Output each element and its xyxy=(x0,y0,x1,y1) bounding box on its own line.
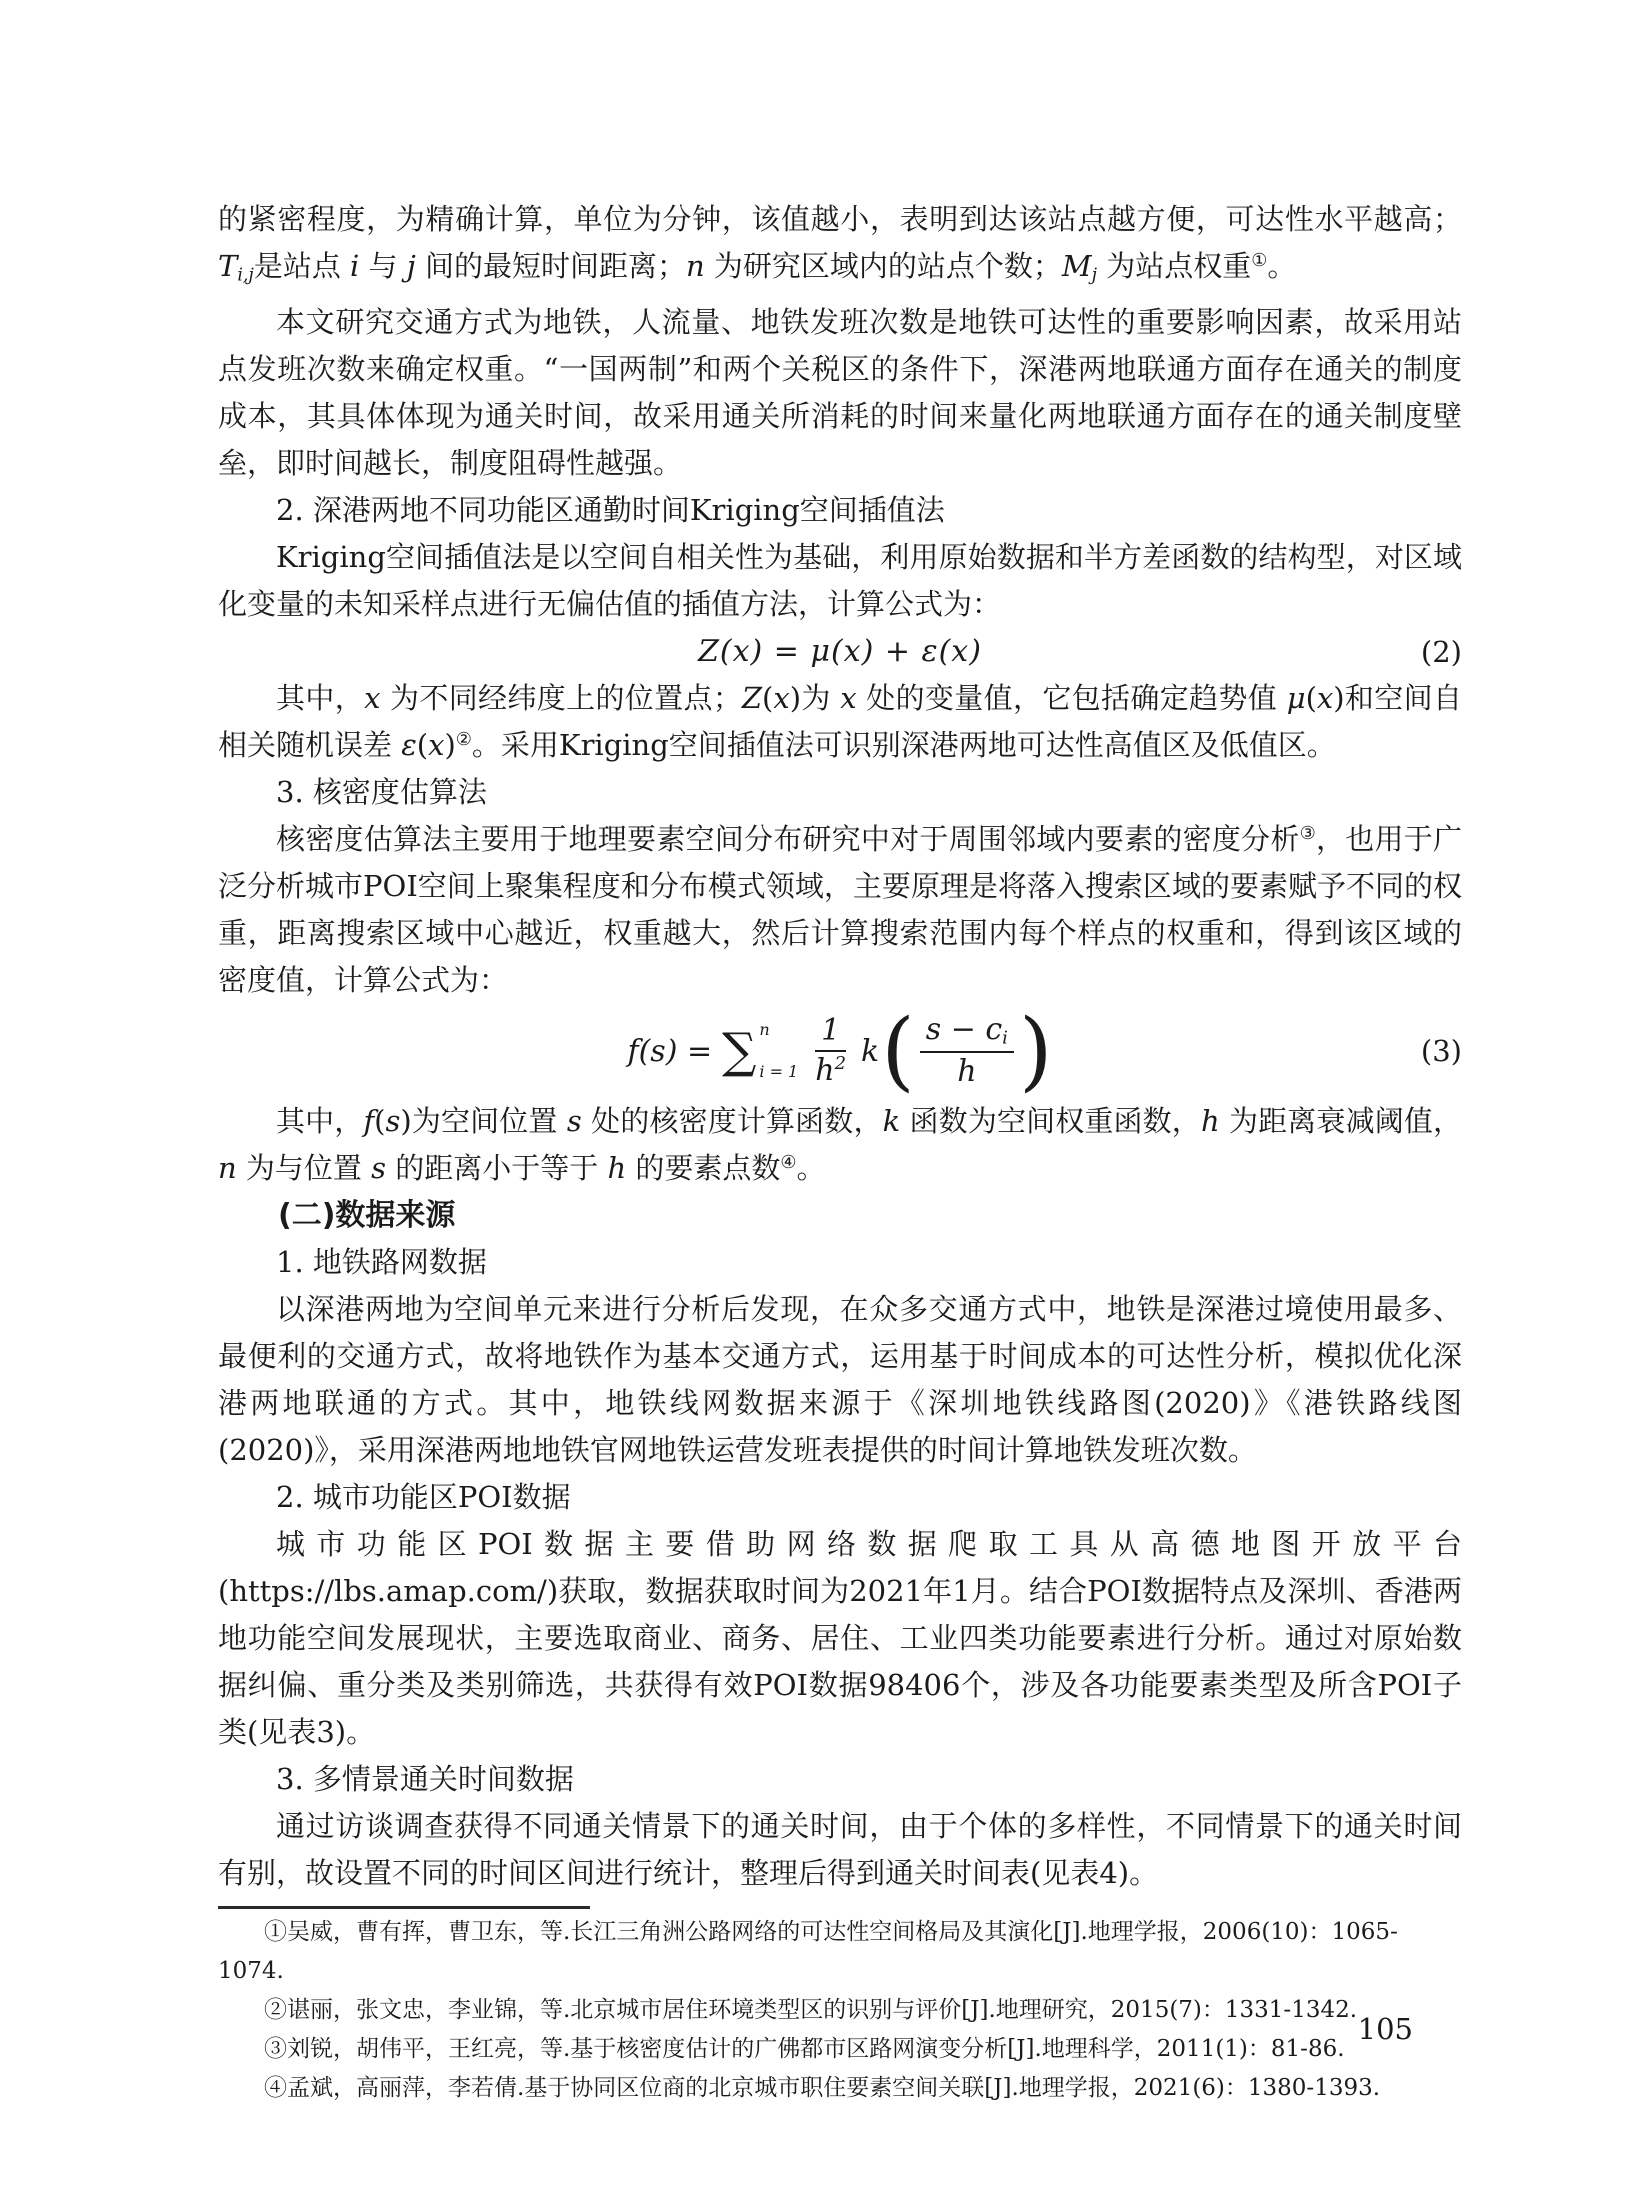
section-heading-kernel-density: 3. 核密度估算法 xyxy=(218,769,1462,816)
text-run: 处的核密度计算函数， xyxy=(582,1104,883,1138)
paragraph-accessibility-continued: 的紧密程度，为精确计算，单位为分钟，该值越小，表明到达该站点越方便，可达性水平越… xyxy=(218,196,1462,299)
subsection-heading-customs-time: 3. 多情景通关时间数据 xyxy=(218,1756,1462,1803)
text-run: 的距离小于等于 xyxy=(386,1151,607,1185)
page-number: 105 xyxy=(1358,2012,1413,2046)
text-run: 核密度估算法主要用于地理要素空间分布研究中对于周围邻域内要素的密度分析 xyxy=(276,822,1300,856)
math-symbol: ε xyxy=(401,728,417,762)
text-run: ( xyxy=(1306,681,1317,715)
section-heading-kriging: 2. 深港两地不同功能区通勤时间Kriging空间插值法 xyxy=(218,487,1462,534)
denominator-base: h xyxy=(815,1053,834,1088)
footnote-3: ③刘锐，胡伟平，王红亮，等.基于核密度估计的广佛都市区路网演变分析[J].地理科… xyxy=(218,2030,1462,2069)
paragraph-weight-determination: 本文研究交通方式为地铁，人流量、地铁发班次数是地铁可达性的重要影响因素，故采用站… xyxy=(218,299,1462,487)
fraction-denominator: h2 xyxy=(809,1052,852,1089)
sum-symbol: ∑ xyxy=(722,1027,756,1075)
fraction-one-over-h-squared: 1 h2 xyxy=(809,1014,852,1089)
numerator-subscript: i xyxy=(1002,1028,1008,1049)
math-symbol: x xyxy=(364,681,380,715)
math-symbol: s xyxy=(386,1104,401,1138)
math-symbol: x xyxy=(1317,681,1333,715)
paragraph-metro-network-data: 以深港两地为空间单元来进行分析后发现，在众多交通方式中，地铁是深港过境使用最多、… xyxy=(218,1286,1462,1474)
text-run: 其中， xyxy=(276,1104,363,1138)
paragraph-kriging-intro: Kriging空间插值法是以空间自相关性为基础，利用原始数据和半方差函数的结构型… xyxy=(218,534,1462,628)
text-run: 。 xyxy=(796,1151,825,1185)
sum-lower-limit: i = 1 xyxy=(759,1064,798,1080)
text-run: 为不同经纬度上的位置点； xyxy=(380,681,741,715)
text-column: 的紧密程度，为精确计算，单位为分钟，该值越小，表明到达该站点越方便，可达性水平越… xyxy=(218,196,1462,2108)
footnote-marker: ③ xyxy=(1300,823,1316,844)
sum-upper-limit: n xyxy=(759,1022,798,1038)
math-symbol: s xyxy=(567,1104,582,1138)
text-run: 是站点 xyxy=(254,249,350,283)
text-run: 的紧密程度，为精确计算，单位为分钟，该值越小，表明到达该站点越方便，可达性水平越… xyxy=(218,202,1462,236)
summation: ∑ n i = 1 xyxy=(722,1022,798,1080)
math-symbol: k xyxy=(883,1104,901,1138)
math-symbol: x xyxy=(428,728,444,762)
formula-2-expression: Z(x) = μ(x) + ε(x) xyxy=(698,634,982,669)
math-symbol: x xyxy=(840,681,856,715)
formula-3-lhs: f(s) = xyxy=(628,1034,713,1069)
footnote-list: ①吴威，曹有挥，曹卫东，等.长江三角洲公路网络的可达性空间格局及其演化[J].地… xyxy=(218,1913,1462,2108)
math-symbol: s xyxy=(371,1151,386,1185)
text-run: 为研究区域内的站点个数； xyxy=(705,249,1062,283)
text-run: 为与位置 xyxy=(237,1151,371,1185)
math-symbol: h xyxy=(1201,1104,1220,1138)
math-symbol: M xyxy=(1062,249,1092,283)
math-symbol: n xyxy=(686,249,705,283)
text-run: 。采用Kriging空间插值法可识别深港两地可达性高值区及低值区。 xyxy=(472,728,1336,762)
formula-2: Z(x) = μ(x) + ε(x) (2) xyxy=(218,628,1462,675)
math-symbol: j xyxy=(407,249,416,283)
text-run: 处的变量值，它包括确定趋势值 xyxy=(857,681,1287,715)
paragraph-kernel-density-explanation: 其中，f(s)为空间位置 s 处的核密度计算函数，k 函数为空间权重函数，h 为… xyxy=(218,1098,1462,1192)
text-run: ) xyxy=(444,728,455,762)
text-run: )为 xyxy=(790,681,841,715)
section-heading-data-source: (二)数据来源 xyxy=(218,1192,1462,1239)
subsection-heading-metro-network: 1. 地铁路网数据 xyxy=(218,1239,1462,1286)
math-symbol: f xyxy=(363,1104,374,1138)
text-run: 其中， xyxy=(276,681,364,715)
text-run: ( xyxy=(374,1104,385,1138)
math-symbol: i,j xyxy=(237,265,253,285)
footnote-1: ①吴威，曹有挥，曹卫东，等.长江三角洲公路网络的可达性空间格局及其演化[J].地… xyxy=(218,1913,1462,1991)
text-run: 的要素点数 xyxy=(626,1151,780,1185)
text-run: 为距离衰减阈值， xyxy=(1220,1104,1462,1138)
paragraph-kriging-explanation: 其中，x 为不同经纬度上的位置点；Z(x)为 x 处的变量值，它包括确定趋势值 … xyxy=(218,675,1462,769)
text-run: 函数为空间权重函数， xyxy=(900,1104,1201,1138)
denominator-exponent: 2 xyxy=(835,1053,846,1074)
footnote-2: ②谌丽，张文忠，李业锦，等.北京城市居住环境类型区的识别与评价[J].地理研究，… xyxy=(218,1991,1462,2030)
math-symbol: n xyxy=(218,1151,237,1185)
equation-number-2: (2) xyxy=(1421,635,1462,669)
text-run: 。 xyxy=(1267,249,1296,283)
fraction-numerator: s − ci xyxy=(920,1013,1014,1053)
math-symbol: i xyxy=(350,249,359,283)
text-run: 与 xyxy=(359,249,406,283)
math-symbol: x xyxy=(773,681,789,715)
numerator-text: s − c xyxy=(926,1012,1002,1047)
equation-number-3: (3) xyxy=(1421,1034,1462,1068)
footnote-marker: ④ xyxy=(780,1152,796,1173)
footnote-separator xyxy=(218,1906,590,1909)
formula-3-expression: f(s) = ∑ n i = 1 1 h2 k ( s − ci h xyxy=(628,1013,1053,1090)
paragraph-poi-data: 城市功能区POI数据主要借助网络数据爬取工具从高德地图开放平台(https://… xyxy=(218,1521,1462,1756)
kernel-function-symbol: k xyxy=(861,1034,879,1069)
math-symbol: T xyxy=(218,249,237,283)
paragraph-kernel-density-intro: 核密度估算法主要用于地理要素空间分布研究中对于周围邻域内要素的密度分析③，也用于… xyxy=(218,816,1462,1004)
math-symbol: Z xyxy=(742,681,762,715)
paragraph-customs-time-data: 通过访谈调查获得不同通关情景下的通关时间，由于个体的多样性，不同情景下的通关时间… xyxy=(218,1803,1462,1897)
math-symbol: μ xyxy=(1287,681,1306,715)
footnote-marker: ① xyxy=(1251,250,1267,271)
sum-limits: n i = 1 xyxy=(759,1022,798,1080)
fraction-numerator: 1 xyxy=(815,1014,846,1053)
text-run: 为站点权重 xyxy=(1097,249,1251,283)
document-page: 的紧密程度，为精确计算，单位为分钟，该值越小，表明到达该站点越方便，可达性水平越… xyxy=(0,0,1632,2199)
text-run: ( xyxy=(417,728,428,762)
text-run: ( xyxy=(762,681,773,715)
fraction-s-minus-c-over-h: s − ci h xyxy=(920,1013,1014,1090)
text-run: 间的最短时间距离； xyxy=(416,249,686,283)
text-run: )为空间位置 xyxy=(400,1104,567,1138)
footnote-4: ④孟斌，高丽萍，李若倩.基于协同区位商的北京城市职住要素空间关联[J].地理学报… xyxy=(218,2069,1462,2108)
fraction-denominator: h xyxy=(951,1053,982,1090)
formula-3: f(s) = ∑ n i = 1 1 h2 k ( s − ci h xyxy=(218,1004,1462,1098)
footnote-marker: ② xyxy=(456,729,472,750)
math-symbol: h xyxy=(607,1151,626,1185)
subsection-heading-poi-data: 2. 城市功能区POI数据 xyxy=(218,1474,1462,1521)
